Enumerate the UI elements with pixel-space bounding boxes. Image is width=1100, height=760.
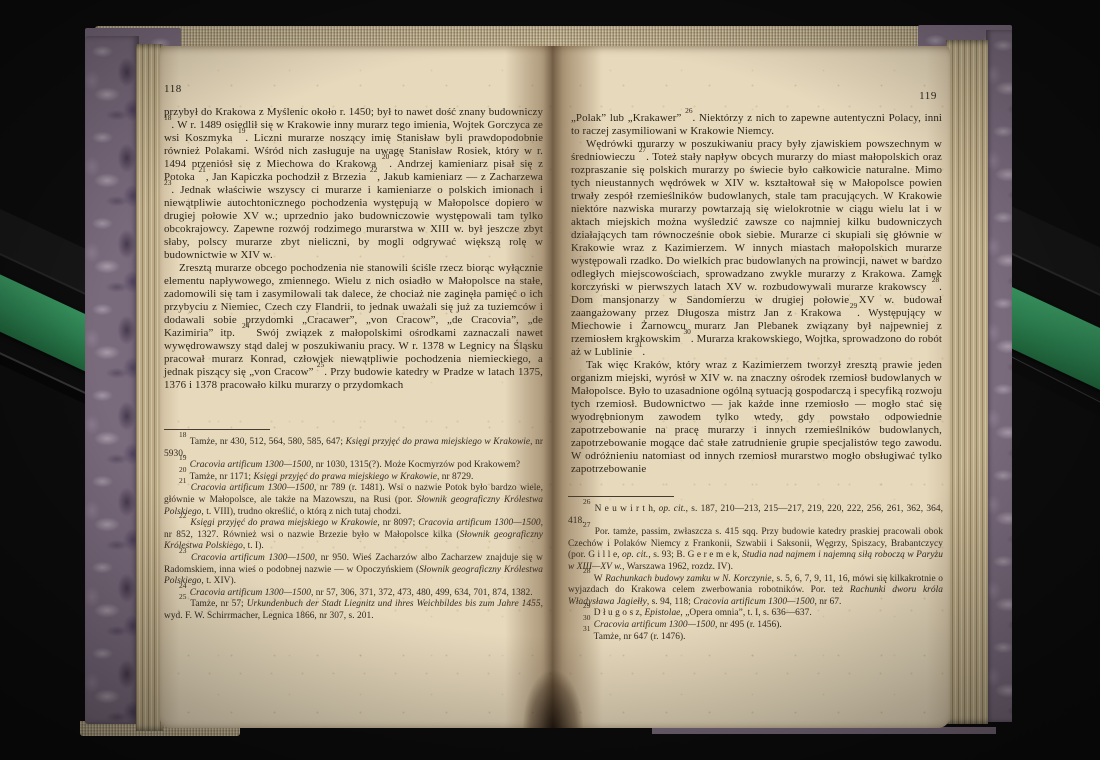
footnotes-left: 18 Tamże, nr 430, 512, 564, 580, 585, 64… [164,437,543,623]
paragraph: Tak więc Kraków, który wraz z Kazimierze… [571,359,942,476]
footnote: 28 W Rachunkach budowy zamku w N. Korczy… [568,574,943,609]
footnote: 30 Cracovia artificum 1300—1500, nr 495 … [568,620,943,632]
marbled-cover-right [986,30,1012,722]
paragraph: przybył do Krakowa z Myślenic około r. 1… [164,106,543,262]
photo-background: { "palette": { "bg_black": "#0c0c0c", "p… [0,0,1100,760]
footnote: 29 D ł u g o s z, Epistolae, „Opera omni… [568,608,943,620]
marbled-cover-left [85,36,139,724]
footnotes-right: 26 N e u w i r t h, op. cit., s. 187, 21… [568,504,943,643]
marbled-cover-bottom-edge [652,727,996,734]
footnote: 18 Tamże, nr 430, 512, 564, 580, 585, 64… [164,437,543,460]
footnote: 26 N e u w i r t h, op. cit., s. 187, 21… [568,504,943,527]
paragraph: Wędrówki murarzy w poszukiwaniu pracy by… [571,138,942,359]
page-edges-left [136,44,163,731]
footnote: 31 Tamże, nr 647 (r. 1476). [568,632,943,644]
footnote: 27 Por. tamże, passim, zwłaszcza s. 415 … [568,527,943,573]
footnote: 20 Tamże, nr 1171; Księgi przyjęć do pra… [164,472,543,484]
body-text-right: „Polak” lub „Krakawer” 26. Niektórzy z n… [571,112,942,476]
page-edges-right [946,40,988,724]
page-number-right: 119 [919,90,937,102]
paragraph: Zresztą murarze obcego pochodzenia nie s… [164,262,543,392]
footnote: 21 Cracovia artificum 1300—1500, nr 789 … [164,483,543,518]
right-page: 119 „Polak” lub „Krakawer” 26. Niektórzy… [552,46,950,728]
paragraph: „Polak” lub „Krakawer” 26. Niektórzy z n… [571,112,942,138]
footnote: 25 Tamże, nr 57; Urkundenbuch der Stadt … [164,599,543,622]
footnote: 24 Cracovia artificum 1300—1500, nr 57, … [164,588,543,600]
book-photo: 118 przybył do Krakowa z Myślenic około … [0,0,1100,760]
footnote: 22 Księgi przyjęć do prawa miejskiego w … [164,518,543,553]
body-text-left: przybył do Krakowa z Myślenic około r. 1… [164,106,543,392]
page-number-left: 118 [164,83,182,95]
footnote: 19 Cracovia artificum 1300—1500, nr 1030… [164,460,543,472]
left-page: 118 przybył do Krakowa z Myślenic około … [160,46,552,728]
footnote: 23 Cracovia artificum 1300—1500, nr 950.… [164,553,543,588]
